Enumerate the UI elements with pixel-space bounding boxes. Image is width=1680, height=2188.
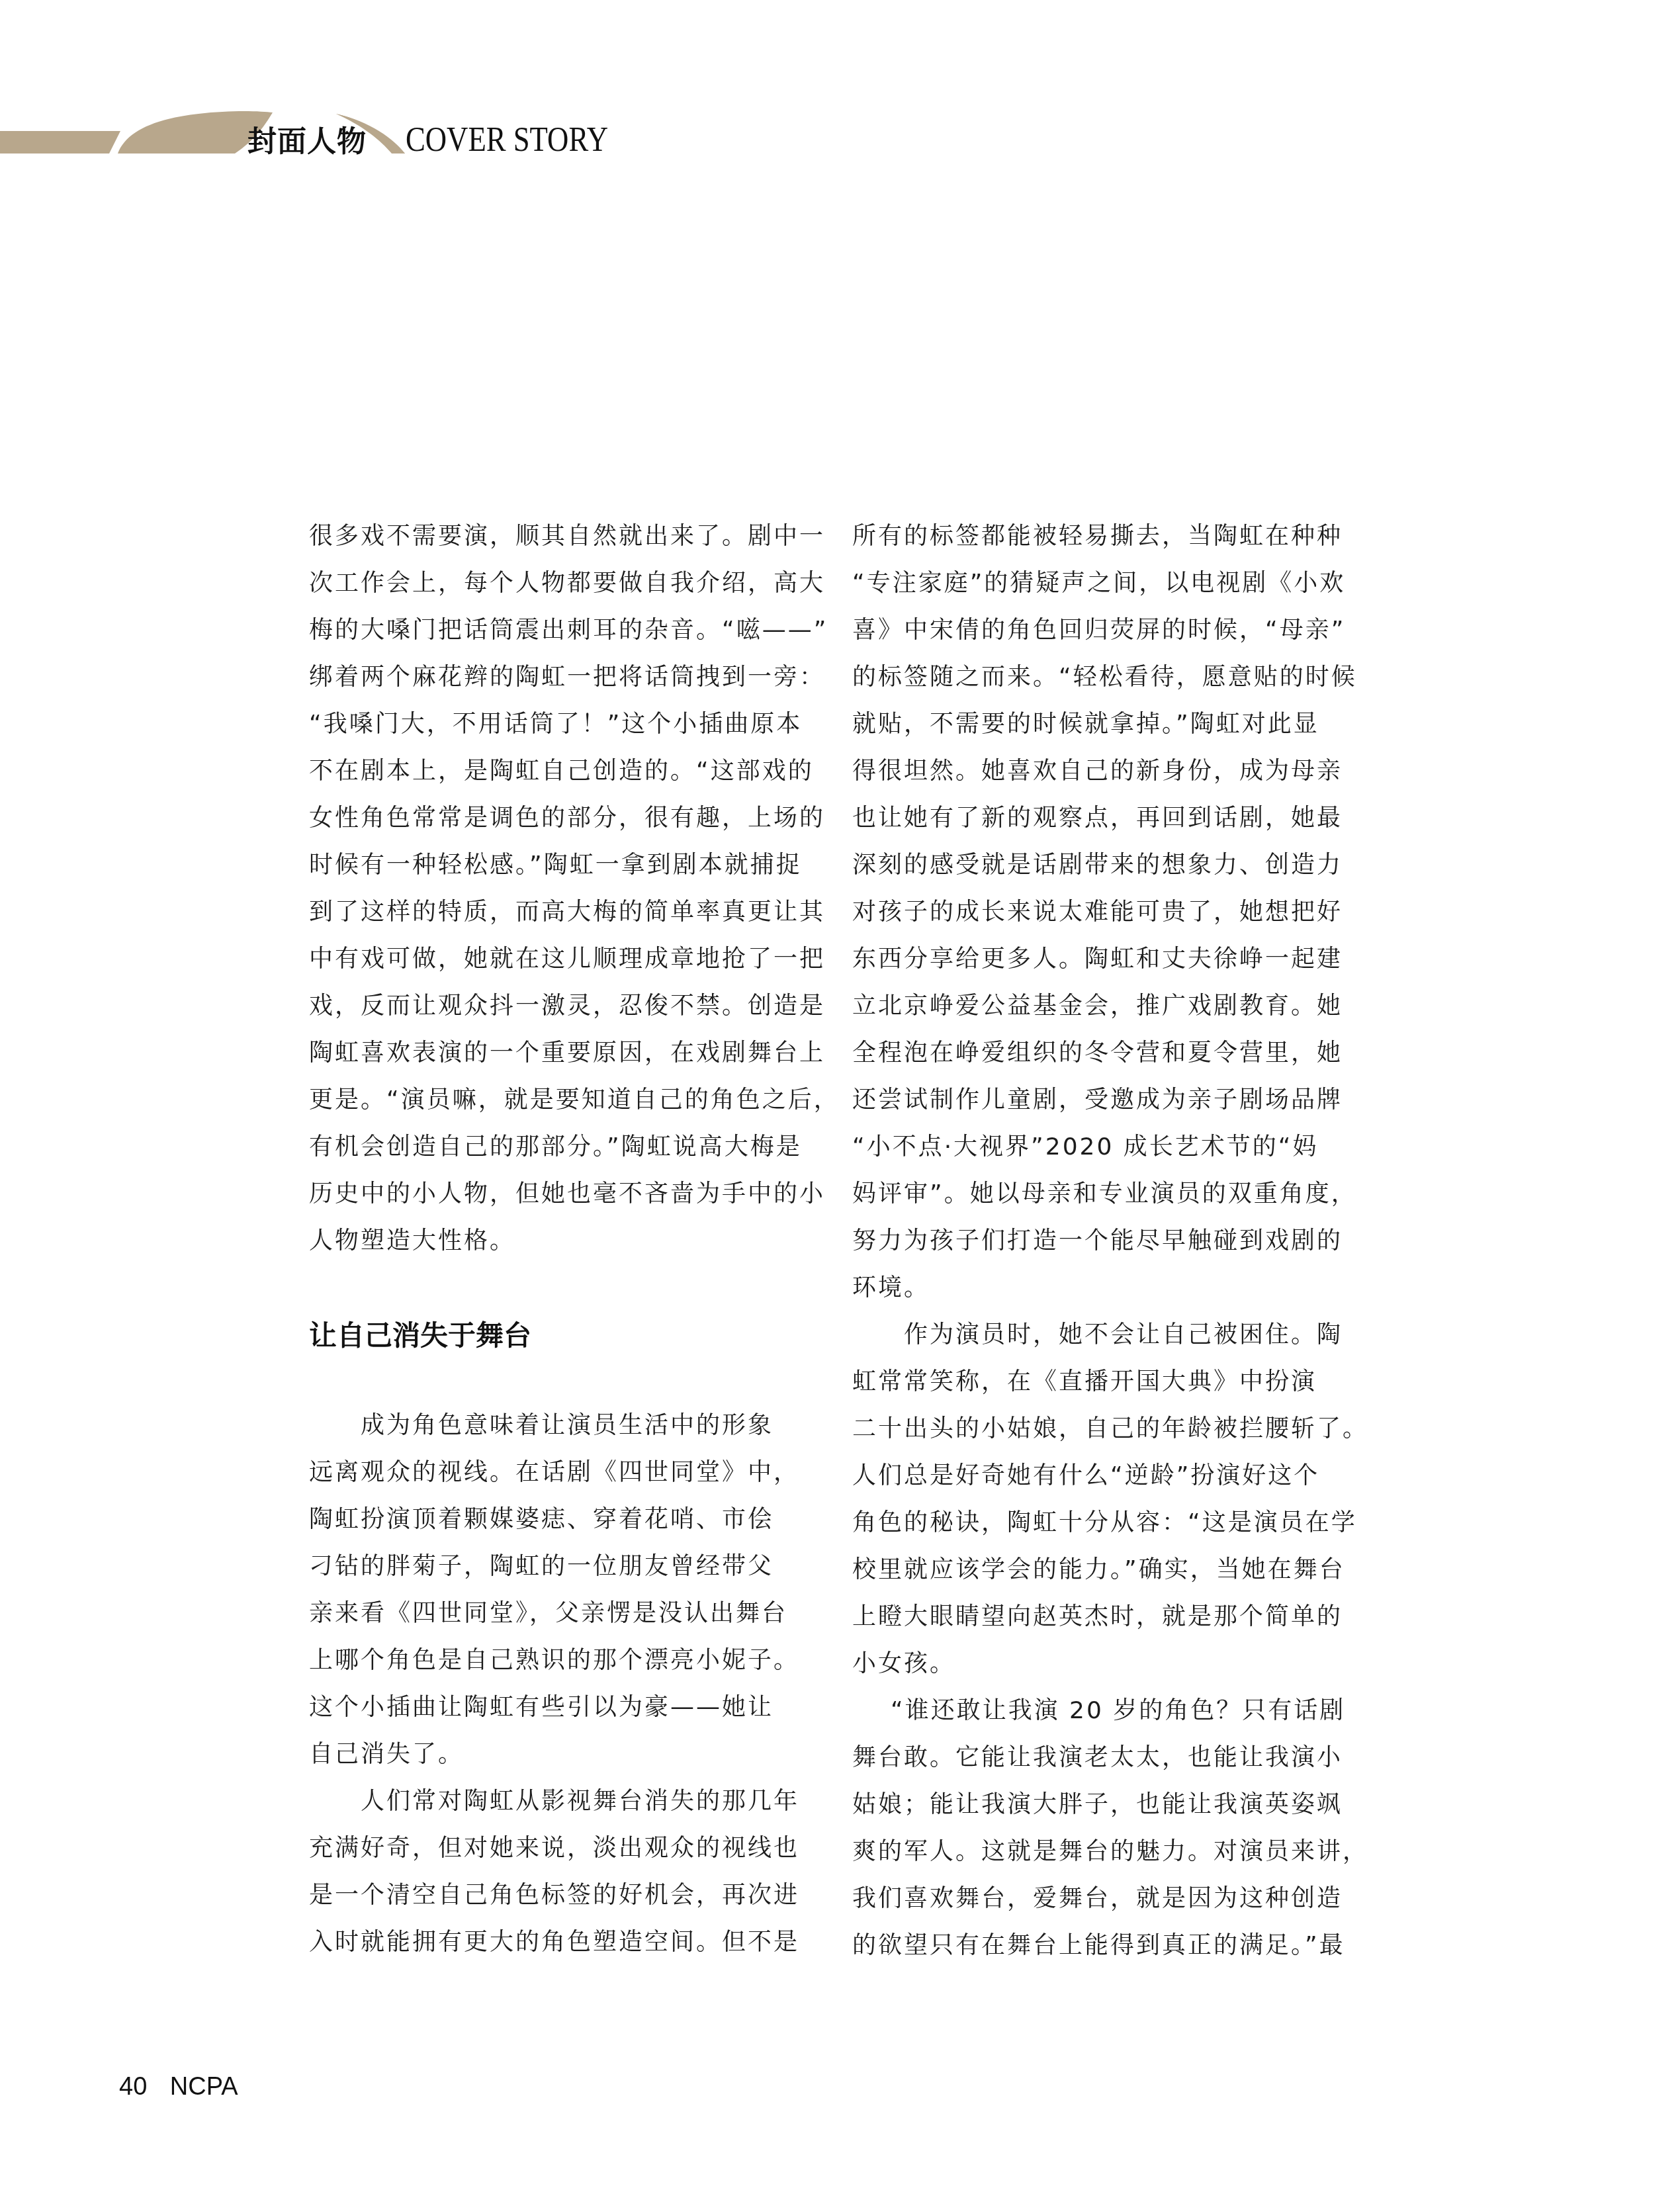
text-line: 上哪个角色是自己熟识的那个漂亮小妮子。: [309, 1646, 799, 1675]
text-line: 所有的标签都能被轻易撕去，当陶虹在种种: [852, 522, 1343, 551]
text-line: 还尝试制作儿童剧，受邀成为亲子剧场品牌: [852, 1086, 1343, 1115]
text-line: 有机会创造自己的那部分。”陶虹说高大梅是: [309, 1133, 802, 1162]
text-line: 次工作会上，每个人物都要做自我介绍，高大: [309, 569, 825, 598]
text-line: 梅的大嗓门把话筒震出刺耳的杂音。“嗞——”: [309, 616, 828, 645]
section-title-zh: 封面人物: [247, 126, 367, 159]
text-line: 虹常常笑称，在《直播开国大典》中扮演: [852, 1368, 1317, 1397]
text-line: 我们喜欢舞台，爱舞台，就是因为这种创造: [852, 1884, 1343, 1913]
section-header: 封面人物 COVER STORY: [0, 99, 662, 179]
text-line: 是一个清空自己角色标签的好机会，再次进: [309, 1881, 799, 1910]
text-line: 对孩子的成长来说太难能可贵了，她想把好: [852, 898, 1343, 927]
text-line: “小不点·大视界”2020 成长艺术节的“妈: [852, 1133, 1318, 1162]
text-line: 喜》中宋倩的角色回归荧屏的时候，“母亲”: [852, 616, 1345, 645]
text-line: 刁钻的胖菊子，陶虹的一位朋友曾经带父: [309, 1552, 774, 1581]
text-line: 的标签随之而来。“轻松看待，愿意贴的时候: [852, 663, 1357, 692]
text-line: 姑娘；能让我演大胖子，也能让我演英姿飒: [852, 1790, 1343, 1819]
text-line: 得很坦然。她喜欢自己的新身份，成为母亲: [852, 757, 1343, 786]
text-line: 校里就应该学会的能力。”确实，当她在舞台: [852, 1555, 1345, 1585]
text-line: 这个小插曲让陶虹有些引以为豪——她让: [309, 1693, 774, 1722]
text-line: 深刻的感受就是话剧带来的想象力、创造力: [852, 851, 1343, 880]
text-line: 女性角色常常是调色的部分，很有趣，上场的: [309, 804, 825, 833]
text-line: 远离观众的视线。在话剧《四世同堂》中，: [309, 1458, 799, 1487]
text-line: 环境。: [852, 1274, 930, 1303]
text-line: 全程泡在峥爱组织的冬令营和夏令营里，她: [852, 1039, 1343, 1068]
text-line: 就贴，不需要的时候就拿掉。”陶虹对此显: [852, 710, 1319, 739]
text-line: 小女孩。: [852, 1649, 955, 1679]
text-line: 入时就能拥有更大的角色塑造空间。但不是: [309, 1928, 799, 1957]
text-line: 人们总是好奇她有什么“逆龄”扮演好这个: [852, 1462, 1319, 1491]
text-line: 历史中的小人物，但她也毫不吝啬为手中的小: [309, 1180, 825, 1209]
text-line: 妈评审”。她以母亲和专业演员的双重角度，: [852, 1180, 1357, 1209]
text-line: 作为演员时，她不会让自己被困住。陶: [904, 1321, 1343, 1350]
section-title-en: COVER STORY: [406, 122, 608, 159]
text-line: 不在剧本上，是陶虹自己创造的。“这部戏的: [309, 757, 814, 786]
text-line: 中有戏可做，她就在这儿顺理成章地抢了一把: [309, 945, 825, 974]
text-line: 的欲望只有在舞台上能得到真正的满足。”最: [852, 1931, 1345, 1960]
text-line: 立北京峥爱公益基金会，推广戏剧教育。她: [852, 992, 1343, 1021]
text-line: 时候有一种轻松感。”陶虹一拿到剧本就捕捉: [309, 851, 802, 880]
text-line: “我嗓门大，不用话筒了！”这个小插曲原本: [309, 710, 802, 739]
text-line: 东西分享给更多人。陶虹和丈夫徐峥一起建: [852, 945, 1343, 974]
text-line: 自己消失了。: [309, 1740, 464, 1769]
text-line: 戏，反而让观众抖一激灵，忍俊不禁。创造是: [309, 992, 825, 1021]
text-line: 陶虹扮演顶着颗媒婆痣、穿着花哨、市侩: [309, 1505, 774, 1534]
text-line: 成为角色意味着让演员生活中的形象: [361, 1411, 774, 1440]
text-line: 到了这样的特质，而高大梅的简单率真更让其: [309, 898, 825, 927]
text-line: 陶虹喜欢表演的一个重要原因，在戏剧舞台上: [309, 1039, 825, 1068]
text-line: 亲来看《四世同堂》，父亲愣是没认出舞台: [309, 1599, 787, 1628]
page-footer: 40 NCPA: [119, 2072, 238, 2101]
text-line: 二十出头的小姑娘，自己的年龄被拦腰斩了。: [852, 1415, 1368, 1444]
text-line: 上瞪大眼睛望向赵英杰时，就是那个简单的: [852, 1602, 1343, 1632]
page-number: 40: [119, 2073, 147, 2101]
text-line: 充满好奇，但对她来说，淡出观众的视线也: [309, 1834, 799, 1863]
text-line: 更是。“演员嘛，就是要知道自己的角色之后，: [309, 1086, 840, 1115]
text-line: 也让她有了新的观察点，再回到话剧，她最: [852, 804, 1343, 833]
text-line: 舞台敢。它能让我演老太太，也能让我演小: [852, 1743, 1343, 1772]
subheading: 让自己消失于舞台: [309, 1319, 531, 1352]
text-line: “谁还敢让我演 20 岁的角色？只有话剧: [891, 1696, 1345, 1726]
text-line: 人物塑造大性格。: [309, 1227, 515, 1256]
publication-name: NCPA: [170, 2073, 238, 2101]
text-line: 很多戏不需要演，顺其自然就出来了。剧中一: [309, 522, 825, 551]
text-line: “专注家庭”的猜疑声之间，以电视剧《小欢: [852, 569, 1345, 598]
text-line: 角色的秘诀，陶虹十分从容：“这是演员在学: [852, 1509, 1357, 1538]
text-line: 绑着两个麻花辫的陶虹一把将话筒拽到一旁：: [309, 663, 825, 692]
text-line: 爽的军人。这就是舞台的魅力。对演员来讲，: [852, 1837, 1368, 1866]
text-line: 人们常对陶虹从影视舞台消失的那几年: [361, 1787, 799, 1816]
text-line: 努力为孩子们打造一个能尽早触碰到戏剧的: [852, 1227, 1343, 1256]
